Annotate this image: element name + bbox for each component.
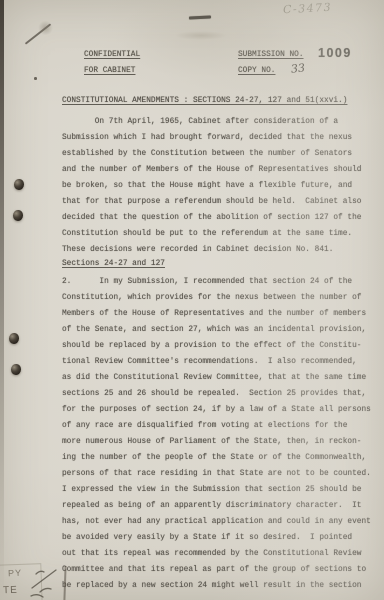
registry-stamp-fragment: PY	[8, 568, 22, 578]
text-line: that for that purpose a referendum shoul…	[62, 194, 361, 210]
text-line: Committee and that its repeal as part of…	[62, 562, 371, 578]
text-line: should be replaced by a provision to the…	[62, 338, 371, 354]
text-line: decided that the question of the aboliti…	[62, 210, 361, 226]
text-line: has, not ever had any practical applicat…	[62, 514, 371, 530]
text-line: repealed as being of an apparently discr…	[62, 498, 371, 514]
hole-punch	[13, 210, 23, 221]
paragraph-2: 2. In my Submission, I recommended that …	[62, 274, 371, 594]
text-line: On 7th April, 1965, Cabinet after consid…	[62, 114, 361, 130]
text-line: I expressed the view in the Submission t…	[62, 482, 371, 498]
classification-label: CONFIDENTIAL	[84, 51, 140, 59]
hole-punch	[11, 364, 21, 375]
text-line: and the number of Members of the House o…	[62, 162, 361, 178]
submission-no-value: 1009	[318, 46, 352, 60]
ink-speck	[34, 77, 37, 80]
text-line: sections 25 and 26 should be repealed. S…	[62, 386, 371, 402]
ink-smudge	[175, 31, 227, 40]
text-line: Submission which I had brought forward, …	[62, 130, 361, 146]
text-line: Constitution, which provides for the nex…	[62, 290, 371, 306]
text-line: of any race are disqualified from voting…	[62, 418, 371, 434]
registry-stamp-fragment: TE	[3, 585, 18, 597]
file-reference-handwritten: C-3473	[283, 1, 333, 17]
text-line: Members of the House of Representatives …	[62, 306, 371, 322]
text-line: of the Senate, and section 27, which was…	[62, 322, 371, 338]
scan-edge-shadow	[0, 0, 4, 600]
text-line: be broken, so that the House might have …	[62, 178, 361, 194]
copy-no-value: 33	[290, 61, 305, 75]
text-line: as did the Constitutional Review Committ…	[62, 370, 371, 386]
for-cabinet-label: FOR CABINET	[84, 67, 135, 75]
text-line: out that its repeal was recommended by t…	[62, 546, 371, 562]
pencil-check-mark	[25, 23, 51, 44]
pencil-scrawl	[26, 564, 68, 600]
scanned-document-page: C-3473 CONFIDENTIAL FOR CABINET SUBMISSI…	[0, 0, 384, 600]
hole-punch	[14, 179, 24, 190]
section-heading: Sections 24-27 and 127	[62, 260, 165, 268]
text-line: These decisions were recorded in Cabinet…	[62, 242, 361, 258]
document-title: CONSTITUTIONAL AMENDMENTS : SECTIONS 24-…	[62, 97, 347, 105]
page-number-dash	[189, 15, 211, 19]
text-line: Constitution should be put to the refere…	[62, 226, 361, 242]
text-line: tional Review Committee's recommendation…	[62, 354, 371, 370]
text-line: be replaced by a new section 24 might we…	[62, 578, 371, 594]
text-line: for the purposes of section 24, if by a …	[62, 402, 371, 418]
hole-punch	[9, 333, 19, 344]
text-line: established by the Constitution between …	[62, 146, 361, 162]
text-line: be avoided very easily by a State if it …	[62, 530, 371, 546]
text-line: more numerous House of Parliament of the…	[62, 434, 371, 450]
paragraph-1: On 7th April, 1965, Cabinet after consid…	[62, 114, 361, 258]
submission-no-label: SUBMISSION NO.	[238, 51, 304, 59]
copy-no-label: COPY NO.	[238, 67, 275, 75]
text-line: ing the number of the people of the Stat…	[62, 450, 371, 466]
text-line: 2. In my Submission, I recommended that …	[62, 274, 371, 290]
text-line: persons of that race residing in that St…	[62, 466, 371, 482]
